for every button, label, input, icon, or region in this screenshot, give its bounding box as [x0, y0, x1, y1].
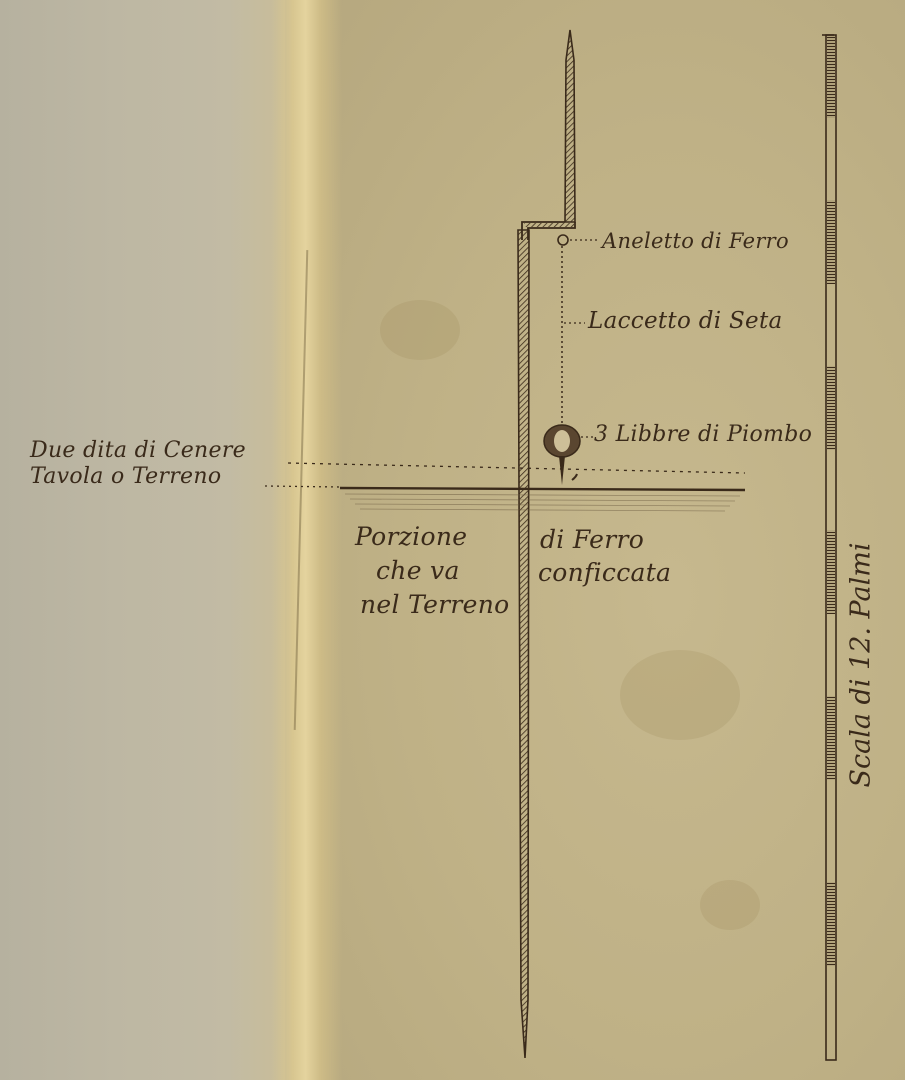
rod-upper-tip	[565, 30, 575, 222]
ink-mark	[572, 474, 577, 480]
label-portion-line1: Porzione	[355, 522, 467, 551]
scale-bar	[822, 35, 836, 1060]
lead-weight-icon	[544, 425, 580, 485]
ground-line	[340, 488, 745, 490]
ground-leader-line	[265, 486, 340, 487]
label-portion-line3: nel Terreno	[360, 590, 510, 619]
label-ground: Tavola o Terreno	[30, 464, 221, 489]
rod-main-shaft	[518, 230, 529, 1058]
ash-level-line	[288, 463, 745, 473]
label-iron-ring: Aneletto di Ferro	[602, 229, 789, 253]
ground-shading	[345, 494, 740, 511]
label-ash-layer: Due dita di Cenere	[30, 438, 246, 463]
label-portion-line2: che va	[376, 556, 460, 585]
label-iron-line1: di Ferro	[540, 525, 644, 554]
label-silk-cord: Laccetto di Seta	[588, 308, 783, 334]
label-scale: Scala di 12. Palmi	[846, 543, 877, 788]
label-iron-line2: conficcata	[538, 558, 671, 587]
iron-ring-icon	[558, 235, 568, 245]
label-lead-weight: 3 Libbre di Piombo	[594, 422, 812, 447]
